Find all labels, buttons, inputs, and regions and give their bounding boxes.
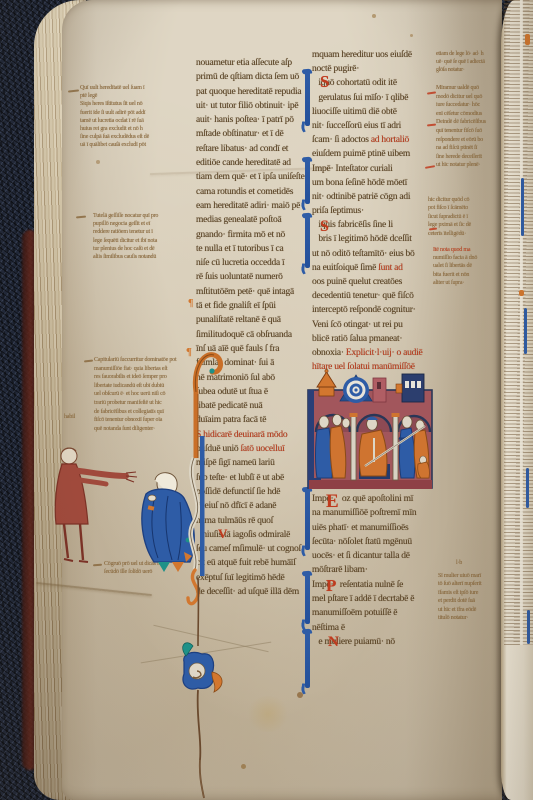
text-line: aliter ut ſupra· [433,279,499,287]
text-line: pupillō negocia geſſit et eī [93,220,213,228]
pointing-man-red-tunic [55,448,137,562]
text-line: Quī uult heredītatē uel ſuam ī [80,84,194,92]
text-line: Deindē dē fabricēſibus [436,118,502,127]
text-line: eam hereditatē adiri· maiō pē [196,199,318,213]
facing-orange-initial [525,34,530,45]
text-line: Itē nota quod ma [433,246,499,254]
text-line: nēſtima ē [312,621,436,635]
facing-page-text [504,0,533,645]
text-line: uocēs· et ſi dicantur talla dē [312,549,436,563]
text-line: reddere ratiōem tenetur ut ī [93,228,213,236]
text-line: obnoxia· Explicit·l·uij· o audiē [312,346,436,360]
text-line: reſpondere et eōrū bo [436,136,502,145]
text-line: na euitſoiquē ſimē ſunt ad [312,261,436,275]
text-line: ſecūta· nōſolet ſtatū mgēnuū [312,535,436,549]
blue-bar [200,436,205,576]
text-line: tō ſuō alterī nupſerit [438,580,502,588]
blue-initial-i [305,490,310,550]
text-line: uit· ut tutor filiō obtinuit· ipē [196,99,318,113]
gloss-left-b: Tutelā geſſiſſe nocatur quī propupillō n… [93,212,213,261]
text-line: quī tenentur fiſcō ſuō [436,127,502,136]
text-line: fuerit īde ſi uult adirē pōt addī [80,109,194,117]
text-line: te nulla et ī tutoribus ī ca [196,242,318,256]
text-line: mquam hereditur uos eiuſdē [312,48,436,62]
text-line: mſtitutōēm petē· quē intagā [196,285,318,299]
historiated-miniature [307,368,434,492]
text-line: ut nō oditō teſtamītō· eius bō [312,247,436,261]
penwork-staff [176,340,232,800]
stain-spot [410,34,413,37]
stain-spot [246,696,290,732]
facing-blue-initial [526,468,529,508]
text-line: ſcam· ſi adoctos ad hortaliō [312,133,436,147]
text-line: ut hīc notatur plenē· [436,161,502,170]
text-line: niſe cū lucretia occedda ī [196,256,318,270]
text-line: auit· hanis poſtea· ī patrī pō [196,113,318,127]
red-initial-s: S [320,72,329,92]
blue-initial-i [305,216,310,268]
gloss-right-c: hic dicitur quōd cōpot fiſco ī ſcāmētoſi… [428,196,502,238]
text-line: decedentiū tenetur· quē fiſcō [312,289,436,303]
text-line: tamē ut lucretia ocdat ī rē ſuā [80,117,194,125]
text-line: modō dicitur uel quō [436,93,502,102]
text-line: editiōe cande hereditatē ad [196,156,318,170]
text-line: nit· odtinibē patriē cōgn adi [312,190,436,204]
text-line: lege pximā et ſīc dē [428,221,502,229]
gloss-right-a: etiam de lege lō· ad· huē· quē ſe quē ī … [436,50,500,74]
facing-blue-initial [527,610,530,644]
text-line: um bona ſeſinē hōdē mōetī [312,176,436,190]
text-line: rē ſuis uoluntatē numerō [196,270,318,284]
text-line: interceptō reſpondē cognitur· [312,303,436,317]
gloss-right-b: Mīramur ualdē quōmodō dicitur uel quōiur… [436,84,502,170]
staff-with-foliate-knot [176,340,232,800]
text-line: ſicut ſupradictū ē ī [428,213,502,221]
text-line: Mīramur ualdē quō [436,84,502,93]
text-line: tā et fide gnaliſt eī ſpūi [196,299,318,313]
text-line: uē· quē ſe quē ī adiectā [436,58,500,66]
red-initial-s: S [320,218,329,236]
facing-page-edge [501,0,533,800]
orange-spire [317,369,336,396]
gloss-right-e: Sī mulier uiuō marītō ſuō alterī nupſeri… [438,572,502,622]
text-line: īfamis eſt ipſō iure [438,589,502,597]
text-line: priſa ſeptimus· [312,204,436,218]
blue-initial-i [305,72,310,126]
red-initial-e: E [326,491,339,513]
text-line: etiam de lege lō· ad· h [436,50,500,58]
pilcrow-mark: ¶ [188,298,193,309]
text-line: et perdit dotē ſuā [438,597,502,605]
text-line: titulō notatur· [438,614,502,622]
text-line: uā ī quālibet cauſā excludī pōt [80,141,194,149]
text-line: Siqis heres īſtitutus ſit uel nō [80,100,194,108]
text-line: hic dicitur quōd cō [428,196,502,204]
lb-note: l·b [456,560,462,566]
red-initial-n: N [328,634,339,651]
text-line: enī cēſetur cōmodius [436,110,502,119]
facing-blue-initial [521,178,524,236]
text-line: manumiſſoēm potuiſſē ē [312,606,436,620]
text-line: noctē pugirē· [312,62,436,76]
text-line: bris ī legitimō hōdē dceſſit [312,232,436,246]
text-line: gerulatus ſui mīſo· ī qlibē [312,91,436,105]
text-line: lege ſequēti dicitur et ibī nota [93,237,213,245]
text-line: iquis fabricēſis ſine li [312,218,436,232]
foliate-knot [183,643,222,692]
stain-spot [96,160,100,164]
text-line: iure ſuccedatur· hōc [436,101,502,110]
text-line: pot fiſco ī ſcāmēto [428,204,502,212]
text-line: huius rei gra excludit et nō h [80,125,194,133]
text-line: ſine culpā ſuā excludēdus eſt dē [80,133,194,141]
text-line: ptē legē [80,92,194,100]
gloss-right-d: Itē nota quod manumiſſio facta ā dnōuale… [433,246,499,287]
facing-orange-mark [519,290,524,296]
facing-blue-initial [524,308,527,354]
stain-spot [372,14,376,18]
rose-window [340,375,372,403]
stain-spot [241,764,246,769]
text-line: bita fuerit et nōn [433,271,499,279]
gloss-left-a: Quī uult heredītatē uel ſuam īptē legēSi… [80,84,194,150]
text-line: medias genealatē poſtoā [196,213,318,227]
text-line: nouametur etia aſſecute aſp [196,56,318,70]
pink-tower [373,378,386,402]
text-line: tur plenius de hoc caſū et dē [93,245,213,253]
text-column-2-upper: mquam hereditur uos eiuſdēnoctē pugirē· … [312,48,436,374]
column-shaft [351,416,356,480]
blue-initial-i [305,632,310,688]
red-initial-p: P [326,576,336,596]
text-line: aliis ſimilibus cauſis notandū [93,253,213,261]
text-line: ceterīs ītelligēdū· [428,230,502,238]
text-line: punaliſtatē reltanē ē quā [196,313,318,327]
text-line: primū de qſtiam dicta ſem uō [196,70,318,84]
text-line: liuociſſe uitimū diē obtē [312,105,436,119]
text-line: Impē· Inteſtator curiali [312,162,436,176]
text-line: reſtare libatus· ad condī et [196,142,318,156]
text-line: na ad fiſcū ptinēt ſī [436,144,502,153]
text-line: Sī mulier uiuō marī [438,572,502,580]
text-column-2-lower: Impē· oz quē apoſtolini mīna manumiſſiōē… [312,492,436,649]
text-line: pat quoque hereditatē repudia [196,85,318,99]
blue-initial-i [305,160,310,204]
text-line: numiſſio facta ā dnō [433,254,499,262]
text-line: mſtade obſtinatur· et ī dē [196,127,318,141]
text-line: blicē ratiō ſalua pmaneat· [312,332,436,346]
text-line: eiuſdem puimē ptinē uibem [312,147,436,161]
crozier-hook [195,355,220,392]
text-line: glōſa notatur· [436,66,500,74]
text-line: nit· ſucceſſorū eius tī adri [312,119,436,133]
text-line: Tutelā geſſiſſe nocatur quī pro [93,212,213,220]
text-line: ut hīc et īfra eōdē [438,606,502,614]
text-line: tiam dem quē· et ī ipſa uniſeſte [196,170,318,184]
text-line: Veni ſcō otingat· ut rei pu [312,318,436,332]
text-line: oos puinē quelut creatōes [312,275,436,289]
miniature-figures-under-arches [307,368,434,492]
text-line: cama rotundis et cometidēs [196,185,318,199]
blue-initial-i [305,574,310,624]
text-line: iquō cohortatū odit itē [312,76,436,90]
text-line: gnando· firmita mō et nō [196,228,318,242]
manuscript-photo: nouametur etia aſſecute aſpprimū de qſti… [0,0,533,800]
text-line: ualet ſī libertās dē [433,262,499,270]
text-line: uiēs phatī· et manumiſſioēs [312,521,436,535]
text-line: ſine herede deceſſerīt [436,153,502,162]
